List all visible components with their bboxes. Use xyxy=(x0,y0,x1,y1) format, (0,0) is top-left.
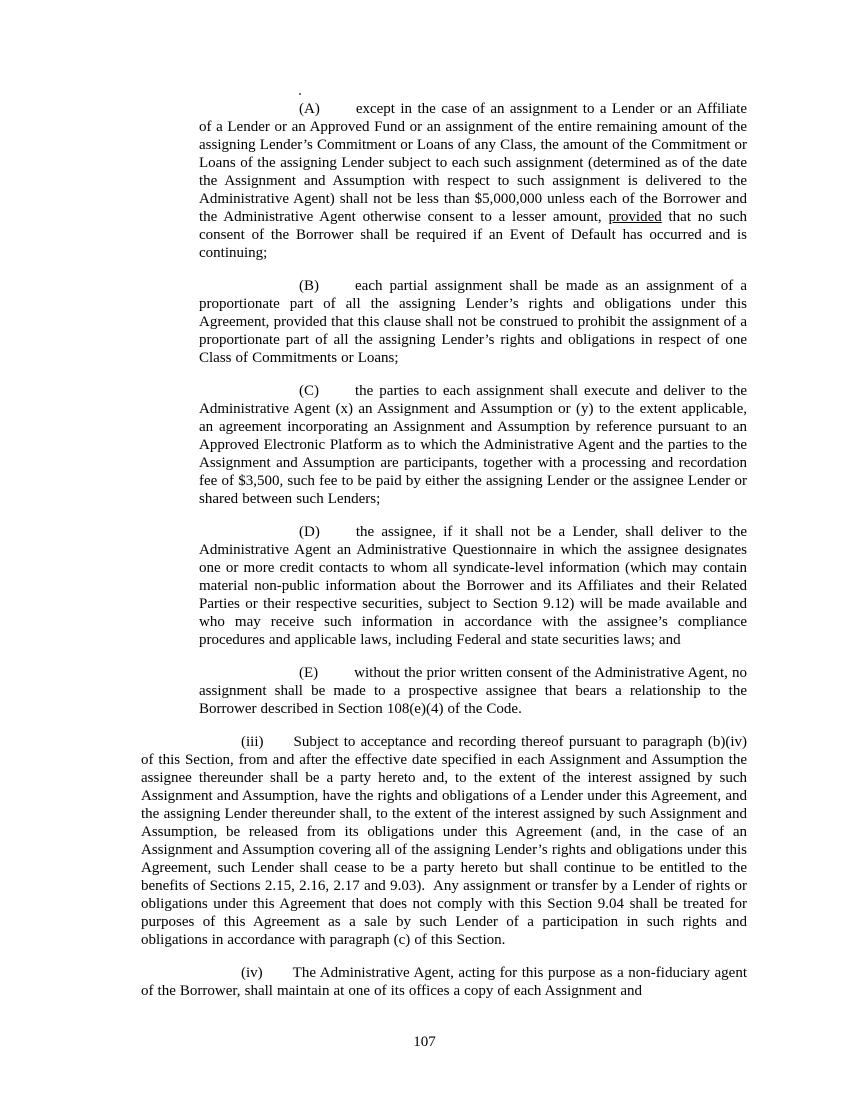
clause-c-text: the parties to each assignment shall exe… xyxy=(199,383,747,507)
clause-c: (C)the parties to each assignment shall … xyxy=(199,382,747,508)
clause-iii: (iii)Subject to acceptance and recording… xyxy=(141,733,747,949)
clause-iii-label: (iii) xyxy=(241,734,264,750)
clause-e-label: (E) xyxy=(299,665,318,681)
clause-iv: (iv)The Administrative Agent, acting for… xyxy=(141,964,747,1000)
clause-a-text: except in the case of an assignment to a… xyxy=(199,101,747,225)
underlined-term-provided: provided xyxy=(608,209,661,225)
clause-b-text: each partial assignment shall be made as… xyxy=(199,278,747,366)
clause-c-label: (C) xyxy=(299,383,319,399)
clause-d-label: (D) xyxy=(299,524,320,540)
clause-d: (D)the assignee, if it shall not be a Le… xyxy=(199,523,747,649)
clause-iv-text: The Administrative Agent, acting for thi… xyxy=(141,965,747,999)
clause-a: (A)except in the case of an assignment t… xyxy=(199,100,747,262)
clause-b: (B)each partial assignment shall be made… xyxy=(199,277,747,367)
document-body: (A)except in the case of an assignment t… xyxy=(141,100,747,1000)
clause-iii-text: Subject to acceptance and recording ther… xyxy=(141,734,747,948)
document-page: (A)except in the case of an assignment t… xyxy=(0,0,849,1100)
clause-b-label: (B) xyxy=(299,278,319,294)
clause-e: (E)without the prior written consent of … xyxy=(199,664,747,718)
clause-a-label: (A) xyxy=(299,101,320,117)
clause-d-text: the assignee, if it shall not be a Lende… xyxy=(199,524,747,648)
clause-e-text: without the prior written consent of the… xyxy=(199,665,747,717)
clause-iv-label: (iv) xyxy=(241,965,263,981)
stray-mark xyxy=(299,93,301,95)
page-number: 107 xyxy=(0,1033,849,1051)
